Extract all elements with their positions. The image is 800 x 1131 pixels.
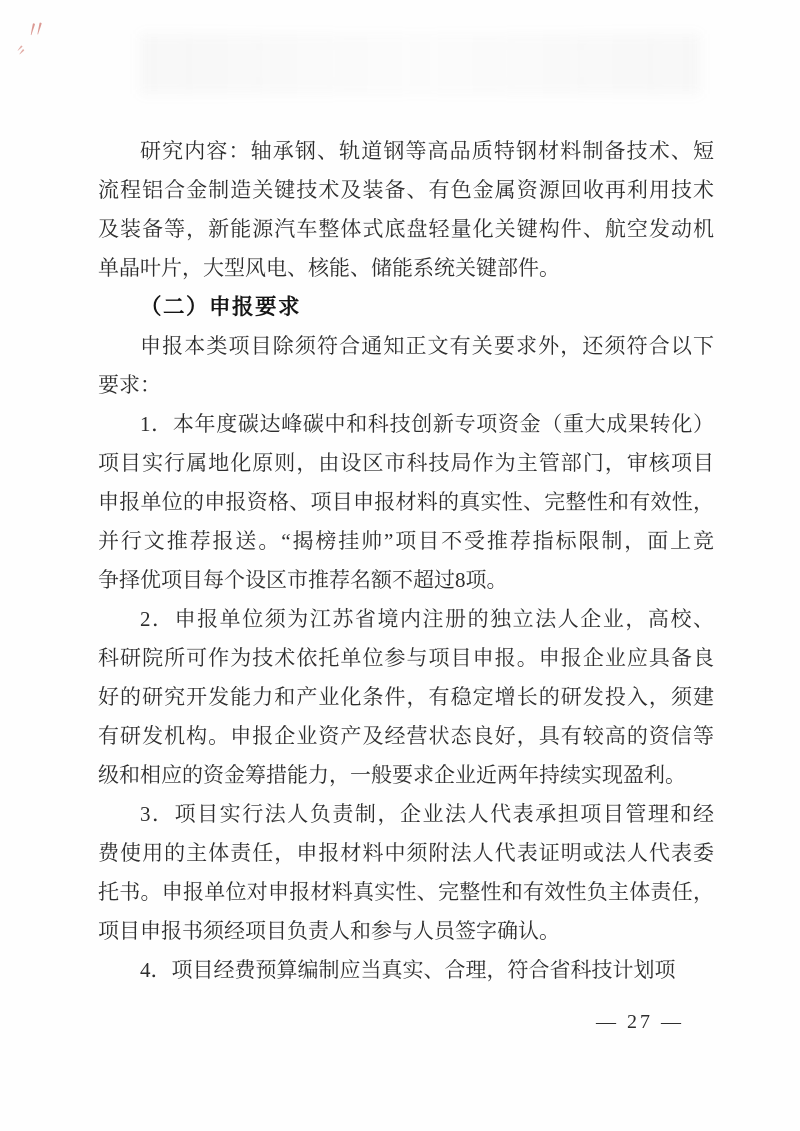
text-line: 1．本年度碳达峰碳中和科技创新专项资金（重大成果转化）	[98, 405, 714, 444]
text-line: 2．申报单位须为江苏省境内注册的独立法人企业，高校、	[98, 600, 714, 639]
text-line: 科研院所可作为技术依托单位参与项目申报。申报企业应具备良	[98, 639, 714, 678]
text-line: 争择优项目每个设区市推荐名额不超过8项。	[98, 561, 714, 600]
text-line: 及装备等，新能源汽车整体式底盘轻量化关键构件、航空发动机	[98, 210, 714, 249]
paragraph-research-content: 研究内容：轴承钢、轨道钢等高品质特钢材料制备技术、短流程铝合金制造关键技术及装备…	[98, 132, 714, 288]
text-line: 要求：	[98, 366, 714, 405]
text-line: 并行文推荐报送。“揭榜挂帅”项目不受推荐指标限制，面上竞	[98, 522, 714, 561]
document-text: 研究内容：轴承钢、轨道钢等高品质特钢材料制备技术、短流程铝合金制造关键技术及装备…	[98, 132, 714, 990]
text-line: 流程铝合金制造关键技术及装备、有色金属资源回收再利用技术	[98, 171, 714, 210]
section-heading: （二）申报要求	[98, 288, 714, 327]
text-line: 费使用的主体责任，申报材料中须附法人代表证明或法人代表委	[98, 834, 714, 873]
red-mark-icon: 〃	[22, 9, 50, 46]
scan-smudge	[140, 34, 700, 94]
paragraph-requirements-intro: 申报本类项目除须符合通知正文有关要求外，还须符合以下要求：	[98, 327, 714, 405]
text-line: 级和相应的资金筹措能力，一般要求企业近两年持续实现盈利。	[98, 756, 714, 795]
text-line: 4．项目经费预算编制应当真实、合理，符合省科技计划项	[98, 951, 714, 990]
paragraph-requirement-2: 2．申报单位须为江苏省境内注册的独立法人企业，高校、科研院所可作为技术依托单位参…	[98, 600, 714, 795]
paragraph-requirement-1: 1．本年度碳达峰碳中和科技创新专项资金（重大成果转化）项目实行属地化原则，由设区…	[98, 405, 714, 600]
text-line: 申报单位的申报资格、项目申报材料的真实性、完整性和有效性，	[98, 483, 714, 522]
text-line: 托书。申报单位对申报材料真实性、完整性和有效性负主体责任，	[98, 873, 714, 912]
page-number: — 27 —	[596, 1008, 684, 1036]
red-mark-icon: 〞	[14, 36, 42, 70]
document-page: 〃〞 研究内容：轴承钢、轨道钢等高品质特钢材料制备技术、短流程铝合金制造关键技术…	[0, 0, 800, 1131]
paragraph-section-heading: （二）申报要求	[98, 288, 714, 327]
text-line: 3．项目实行法人负责制，企业法人代表承担项目管理和经	[98, 795, 714, 834]
text-line: 项目实行属地化原则，由设区市科技局作为主管部门，审核项目	[98, 444, 714, 483]
text-line: 有研发机构。申报企业资产及经营状态良好，具有较高的资信等	[98, 717, 714, 756]
text-line: 研究内容：轴承钢、轨道钢等高品质特钢材料制备技术、短	[98, 132, 714, 171]
text-line: 项目申报书须经项目负责人和参与人员签字确认。	[98, 912, 714, 951]
text-line: 申报本类项目除须符合通知正文有关要求外，还须符合以下	[98, 327, 714, 366]
text-line: 单晶叶片，大型风电、核能、储能系统关键部件。	[98, 249, 714, 288]
paragraph-requirement-4: 4．项目经费预算编制应当真实、合理，符合省科技计划项	[98, 951, 714, 990]
text-line: 好的研究开发能力和产业化条件，有稳定增长的研发投入，须建	[98, 678, 714, 717]
paragraph-requirement-3: 3．项目实行法人负责制，企业法人代表承担项目管理和经费使用的主体责任，申报材料中…	[98, 795, 714, 951]
